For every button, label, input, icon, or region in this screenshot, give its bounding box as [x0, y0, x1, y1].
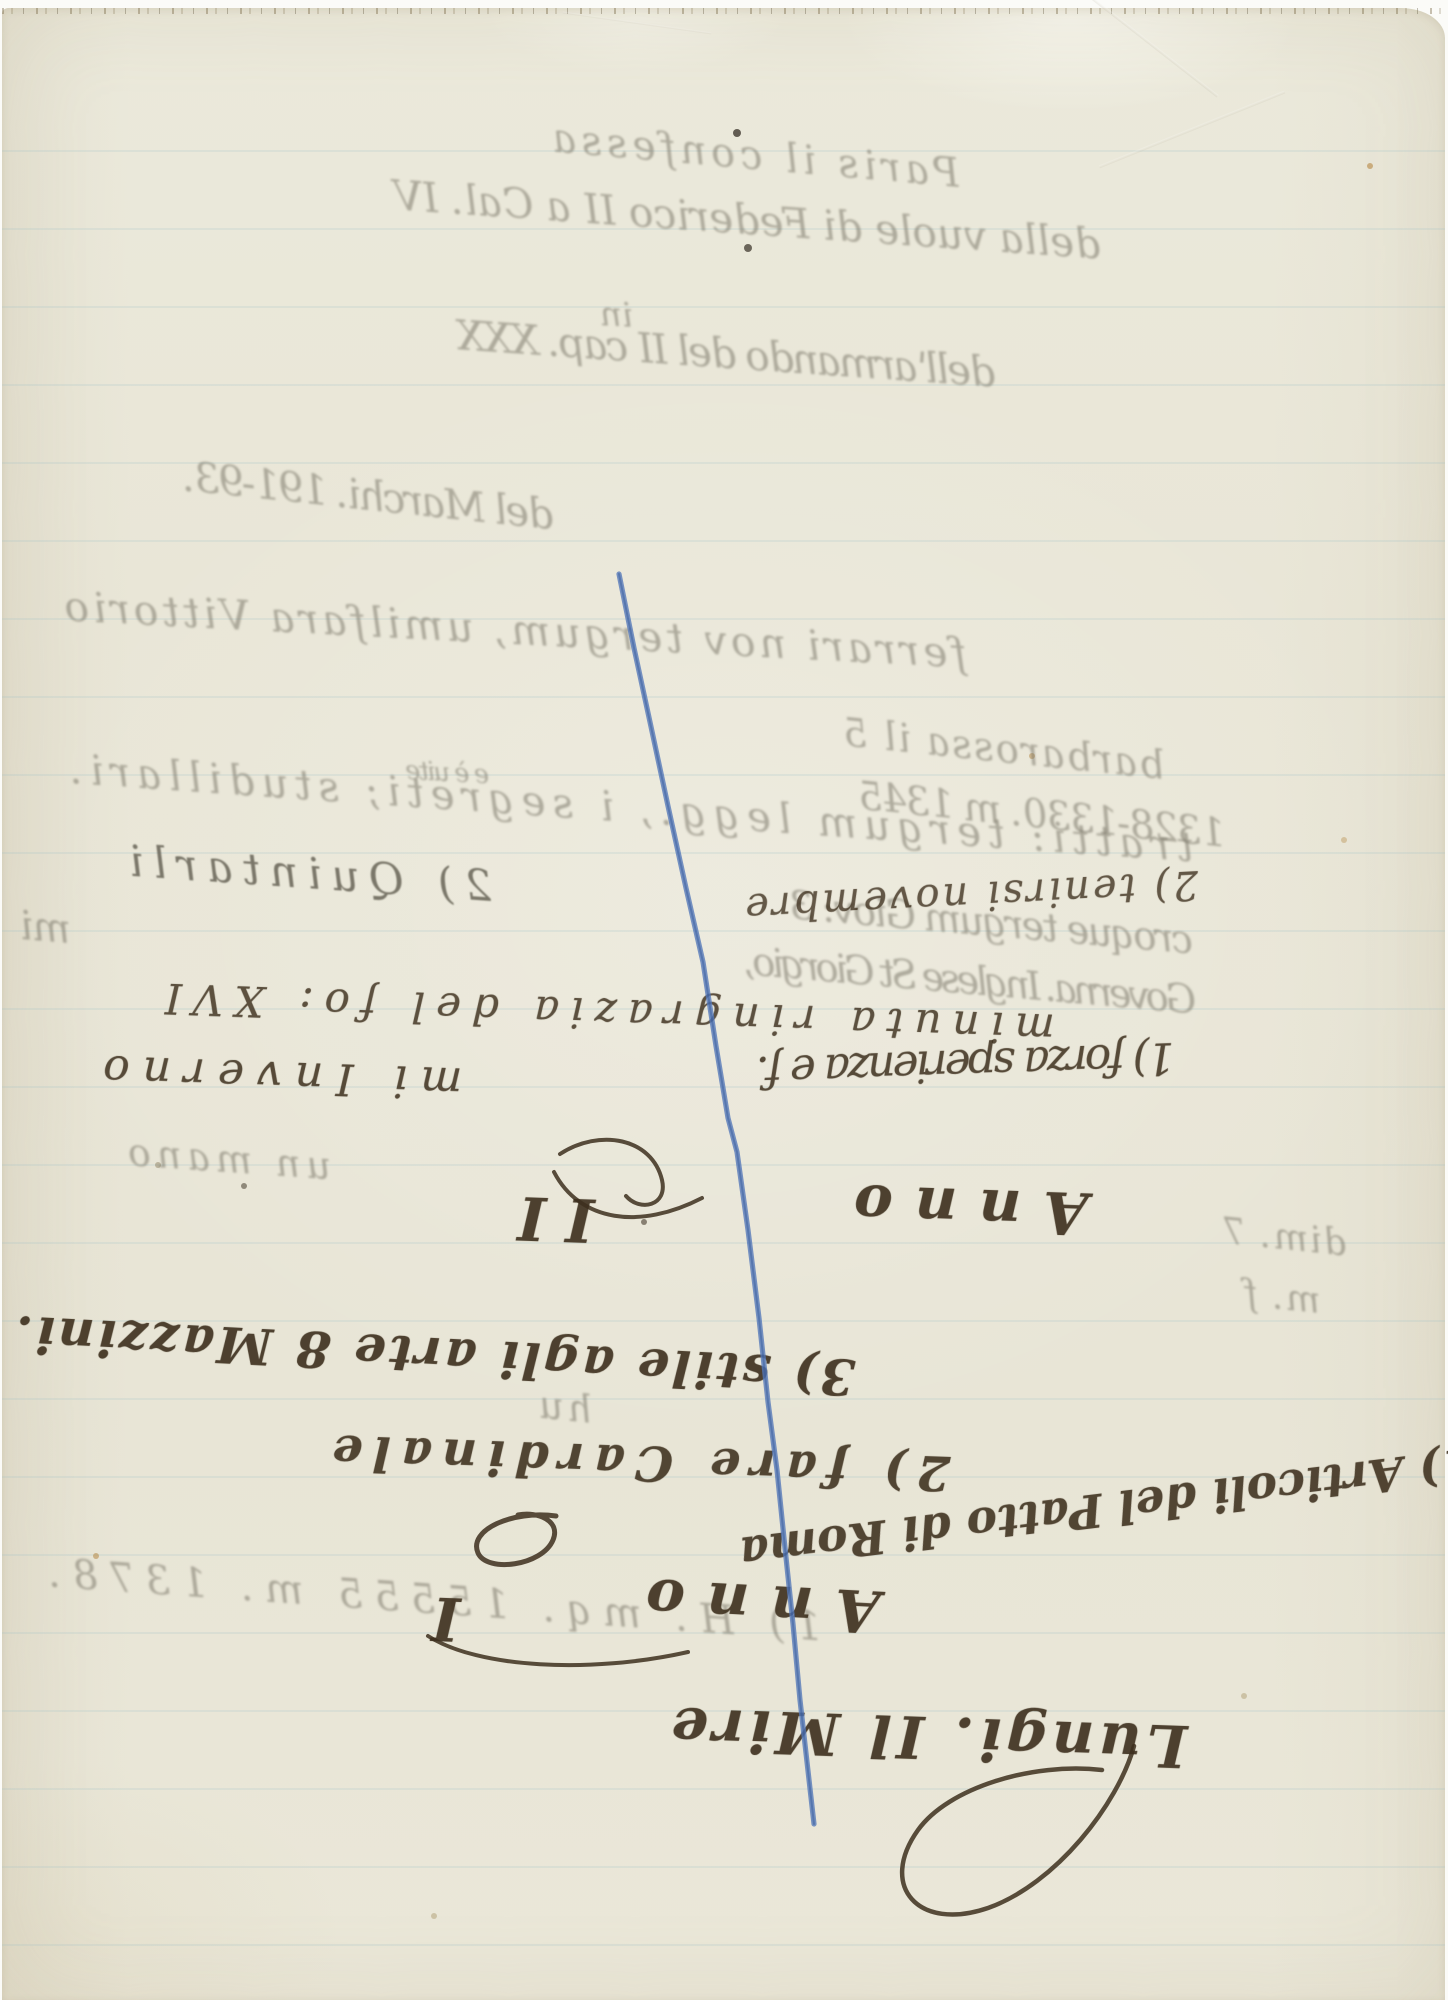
paper-crease [1035, 0, 1218, 97]
paper-crease [1099, 91, 1286, 169]
pencil-handwriting-row: del Marchi. 191-93. [183, 457, 556, 537]
page-title: Scanned handwritten manuscript page on l… [0, 21, 1, 22]
ink-handwriting-row: I [431, 1588, 461, 1649]
paper-sheet: Paris il confessadella vuole di Federico… [2, 8, 1445, 2000]
pencil-handwriting-row: ferrari nov tergum, umilfara Vittorio [60, 586, 968, 674]
ink-handwriting-row: 1) forza sperienza e f. [758, 1035, 1175, 1093]
ink-handwriting-row: 2) fare Cardinale [321, 1427, 951, 1497]
pencil-handwriting-row: un mano [121, 1133, 332, 1185]
ink-handwriting-row: Anno [623, 1569, 882, 1640]
pencil-handwriting-row: mi [18, 906, 72, 950]
ink-handwriting-row: mi Inverno [89, 1048, 463, 1105]
pencil-handwriting-row: m. f [1240, 1276, 1322, 1320]
pencil-handwriting-row: dim. 7 [1218, 1213, 1348, 1262]
ink-handwriting-row: Anno [831, 1176, 1089, 1243]
pencil-handwriting-row: barbarossa il 5 [839, 713, 1166, 786]
ink-handwriting-row: Lungi. Il Mire [665, 1699, 1188, 1775]
scanned-page: Scanned handwritten manuscript page on l… [0, 0, 1448, 2000]
pencil-handwriting-row: 2) Quintarli [118, 840, 493, 909]
ink-handwriting-row: 3) stile agli arte 8 Mazzini. [11, 1308, 856, 1402]
paper-crease [563, 12, 712, 35]
foxing-specks [2, 8, 6, 12]
ink-handwriting-row: II [497, 1186, 595, 1249]
pencil-handwriting-row: Paris il confessa [546, 118, 961, 194]
pencil-handwriting-row: della vuole di Federico II a Cal. IV [391, 175, 1101, 265]
pencil-handwriting-row: dell'armando del II cap. XXX [456, 315, 997, 394]
